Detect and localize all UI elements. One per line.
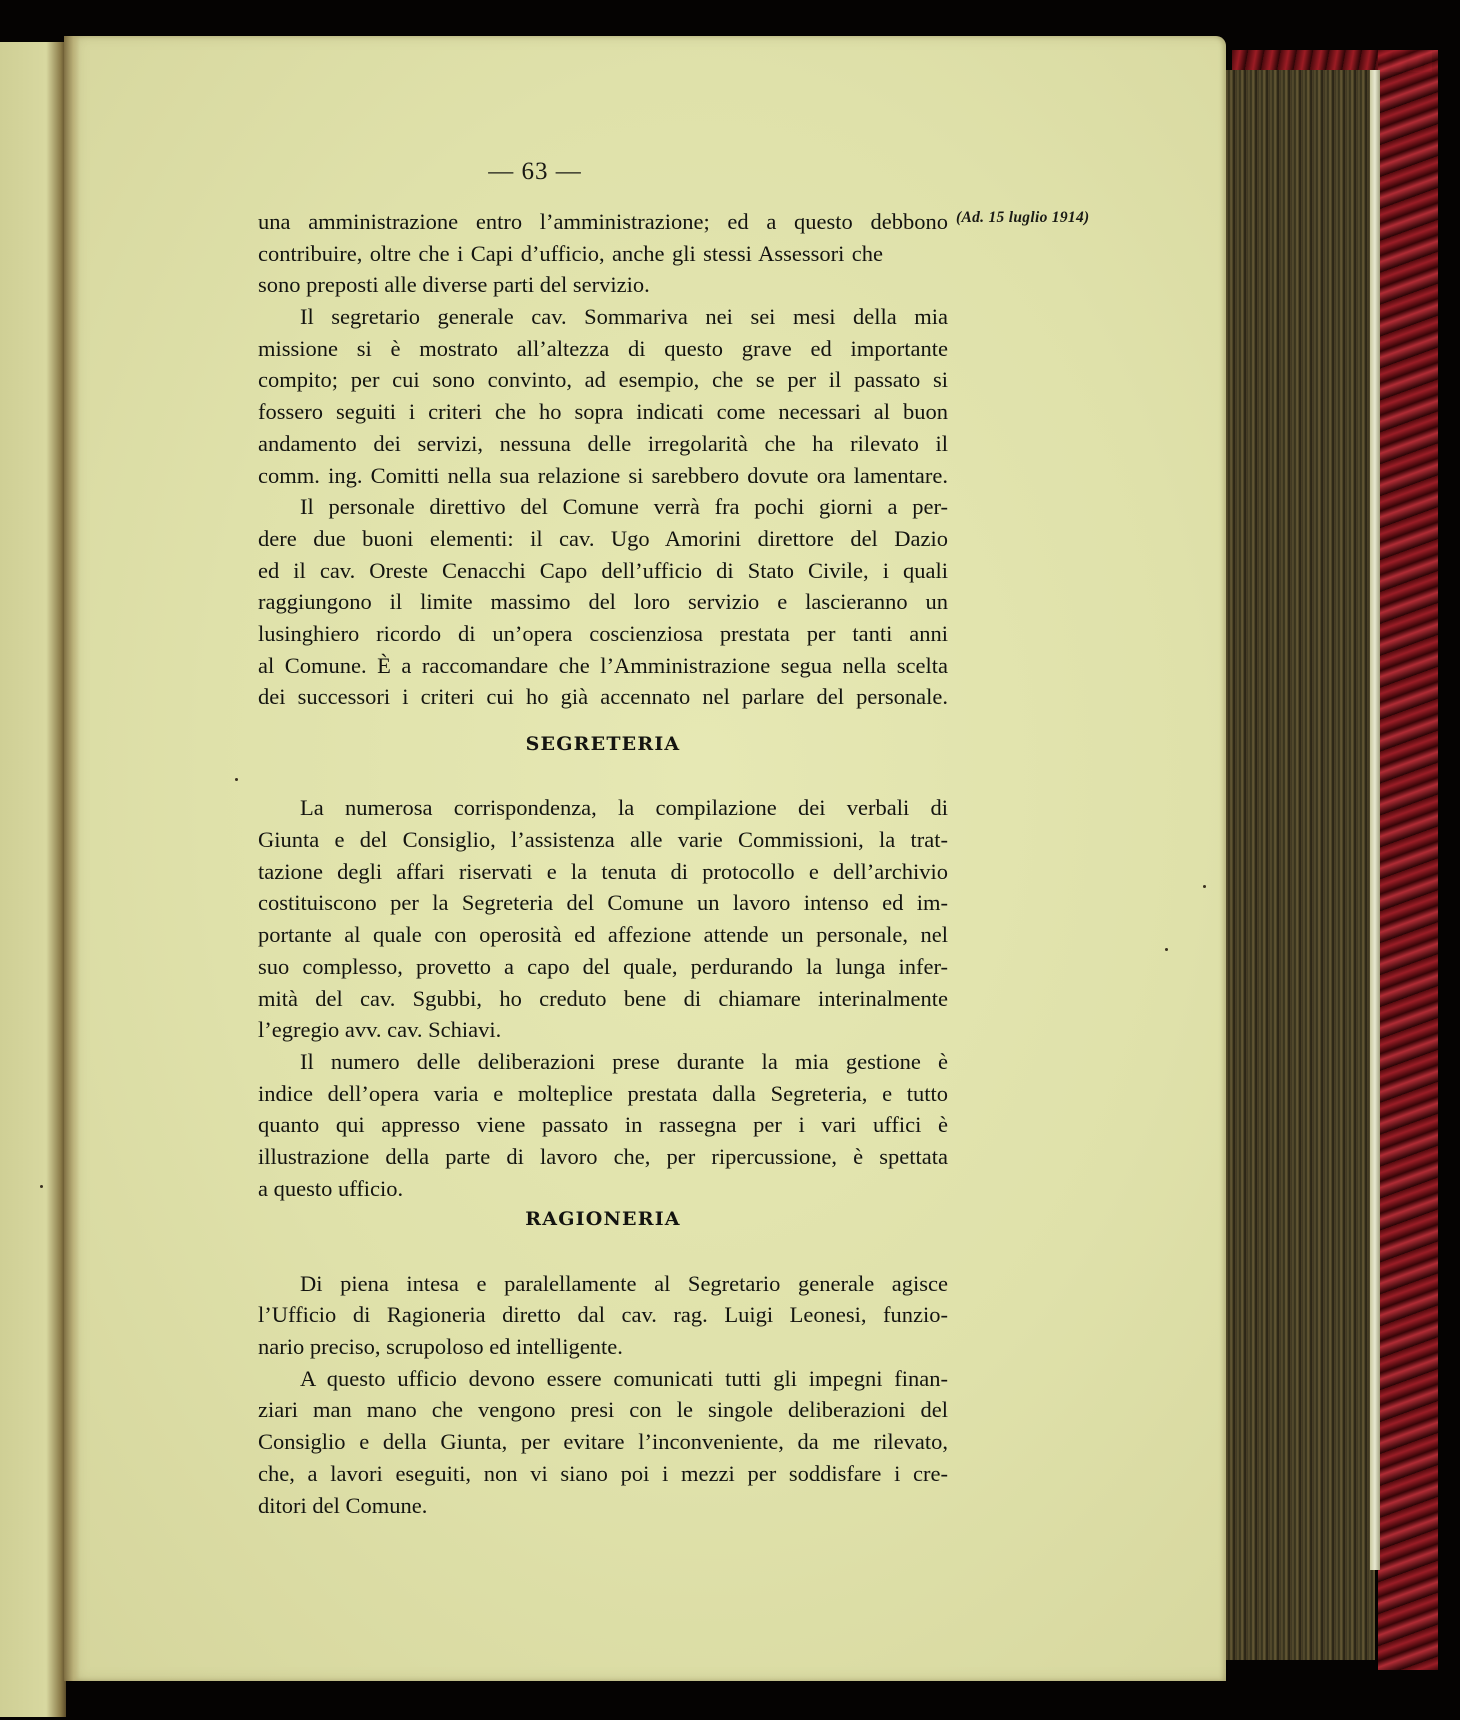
text-line: al Comune. È a raccomandare che l’Ammini… [258, 650, 948, 682]
paragraph: Il personale direttivo del Comune verrà … [258, 491, 948, 713]
text-line: sono preposti alle diverse parti del ser… [258, 269, 948, 301]
paragraph: A questo ufficio devono essere comunicat… [258, 1363, 948, 1521]
text-line: ed il cav. Oreste Cenacchi Capo dell’uff… [258, 555, 948, 587]
text-line: Il numero delle deliberazioni prese dura… [258, 1046, 948, 1078]
text-line: tazione degli affari riservati e la tenu… [258, 856, 948, 888]
text-line: La numerosa corrispondenza, la compilazi… [258, 792, 948, 824]
text-line: dere due buoni elementi: il cav. Ugo Amo… [258, 523, 948, 555]
book-cover-marbled [1378, 50, 1438, 1670]
text-line: suo complesso, provetto a capo del quale… [258, 951, 948, 983]
text-line: ziari man mano che vengono presi con le … [258, 1394, 948, 1426]
text-line: A questo ufficio devono essere comunicat… [258, 1363, 948, 1395]
text-line: dei successori i criteri cui ho già acce… [258, 681, 948, 713]
paragraph: Di piena intesa e paralellamente al Segr… [258, 1268, 948, 1363]
text-line: quanto qui appresso viene passato in ras… [258, 1109, 948, 1141]
text-line: portante al quale con operosità ed affez… [258, 919, 948, 951]
text-line: nario preciso, scrupoloso ed intelligent… [258, 1331, 948, 1363]
text-line: missione si è mostrato all’altezza di qu… [258, 333, 948, 365]
paper-speck [40, 1185, 43, 1188]
text-line: costituiscono per la Segreteria del Comu… [258, 887, 948, 919]
text-line: compito; per cui sono convinto, ad esemp… [258, 364, 948, 396]
paragraph: Il segretario generale cav. Sommariva ne… [258, 301, 948, 491]
text-line: mità del cav. Sgubbi, ho creduto bene di… [258, 983, 948, 1015]
text-line: Il segretario generale cav. Sommariva ne… [258, 301, 948, 333]
page-edge-highlight [1370, 70, 1380, 1570]
text-line: Il personale direttivo del Comune verrà … [258, 491, 948, 523]
page-gutter [64, 36, 80, 1681]
text-line: Giunta e del Consiglio, l’assistenza all… [258, 824, 948, 856]
margin-date-note: (Ad. 15 luglio 1914) [956, 209, 1089, 227]
text-line: che, a lavori eseguiti, non vi siano poi… [258, 1458, 948, 1490]
text-line: fossero seguiti i criteri che ho sopra i… [258, 396, 948, 428]
text-line: comm. ing. Comitti nella sua relazione s… [258, 460, 948, 492]
page-number: — 63 — [470, 158, 600, 186]
text-line: Consiglio e della Giunta, per evitare l’… [258, 1426, 948, 1458]
paper-speck [1165, 948, 1168, 951]
text-line: l’egregio avv. cav. Schiavi. [258, 1014, 948, 1046]
text-line: l’Ufficio di Ragioneria diretto dal cav.… [258, 1299, 948, 1331]
body-text: una amministrazione entro l’amministrazi… [258, 206, 948, 1521]
text-line: una amministrazione entro l’amministrazi… [258, 206, 948, 238]
text-line: contribuire, oltre che i Capi d’ufficio,… [258, 238, 883, 270]
paper-speck [235, 778, 238, 781]
section-heading-segreteria: SEGRETERIA [258, 729, 948, 761]
text-line: raggiungono il limite massimo del loro s… [258, 586, 948, 618]
text-line: ditori del Comune. [258, 1490, 948, 1522]
book-scan: — 63 — (Ad. 15 luglio 1914) una amminist… [0, 0, 1460, 1720]
paragraph: una amministrazione entro l’amministrazi… [258, 206, 948, 301]
left-page-sliver [0, 42, 66, 1717]
text-line: Di piena intesa e paralellamente al Segr… [258, 1268, 948, 1300]
paragraph: La numerosa corrispondenza, la compilazi… [258, 792, 948, 1046]
text-line: a questo ufficio. [258, 1173, 948, 1205]
text-line: illustrazione della parte di lavoro che,… [258, 1141, 948, 1173]
text-line: indice dell’opera varia e molteplice pre… [258, 1078, 948, 1110]
section-heading-ragioneria: RAGIONERIA [258, 1204, 948, 1236]
page-edges [1225, 70, 1375, 1660]
text-line: andamento dei servizi, nessuna delle irr… [258, 428, 948, 460]
text-line: lusinghiero ricordo di un’opera coscienz… [258, 618, 948, 650]
paragraph: Il numero delle deliberazioni prese dura… [258, 1046, 948, 1204]
paper-speck [1203, 885, 1206, 888]
